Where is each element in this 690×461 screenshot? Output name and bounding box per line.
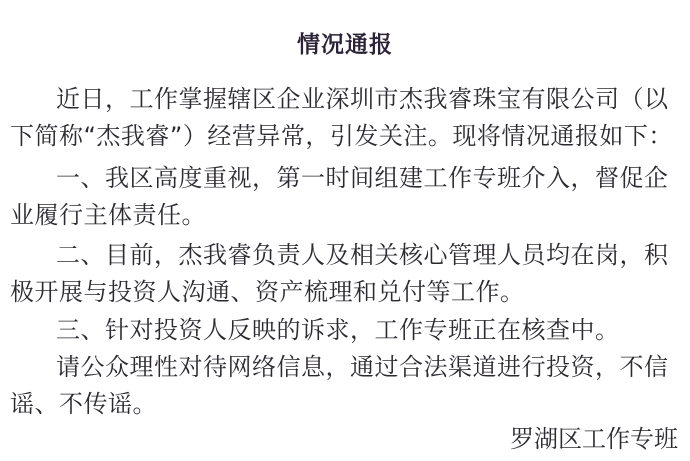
- notice-document: 情况通报 近日，工作掌握辖区企业深圳市杰我睿珠宝有限公司（以 下简称“杰我睿”）…: [0, 0, 690, 461]
- paragraph-point-2-line-1: 二、目前，杰我睿负责人及相关核心管理人员均在岗，积: [56, 240, 669, 270]
- paragraph-intro-line-1: 近日，工作掌握辖区企业深圳市杰我睿珠宝有限公司（以: [56, 84, 669, 114]
- paragraph-point-1-line-1: 一、我区高度重视，第一时间组建工作专班介入，督促企: [56, 163, 669, 193]
- paragraph-point-3-line-1: 三、针对投资人反映的诉求，工作专班正在核查中。: [56, 315, 620, 345]
- paragraph-point-1-line-2: 业履行主体责任。: [10, 200, 206, 230]
- paragraph-intro-line-2: 下简称“杰我睿”）经营异常，引发关注。现将情况通报如下：: [10, 121, 673, 151]
- paragraph-appeal-line-1: 请公众理性对待网络信息，通过合法渠道进行投资，不信: [56, 352, 669, 382]
- document-title: 情况通报: [0, 26, 690, 59]
- paragraph-point-2-line-2: 极开展与投资人沟通、资产梳理和兑付等工作。: [10, 277, 525, 307]
- paragraph-appeal-line-2: 谣、不传谣。: [10, 389, 157, 419]
- document-signature: 罗湖区工作专班: [510, 424, 678, 454]
